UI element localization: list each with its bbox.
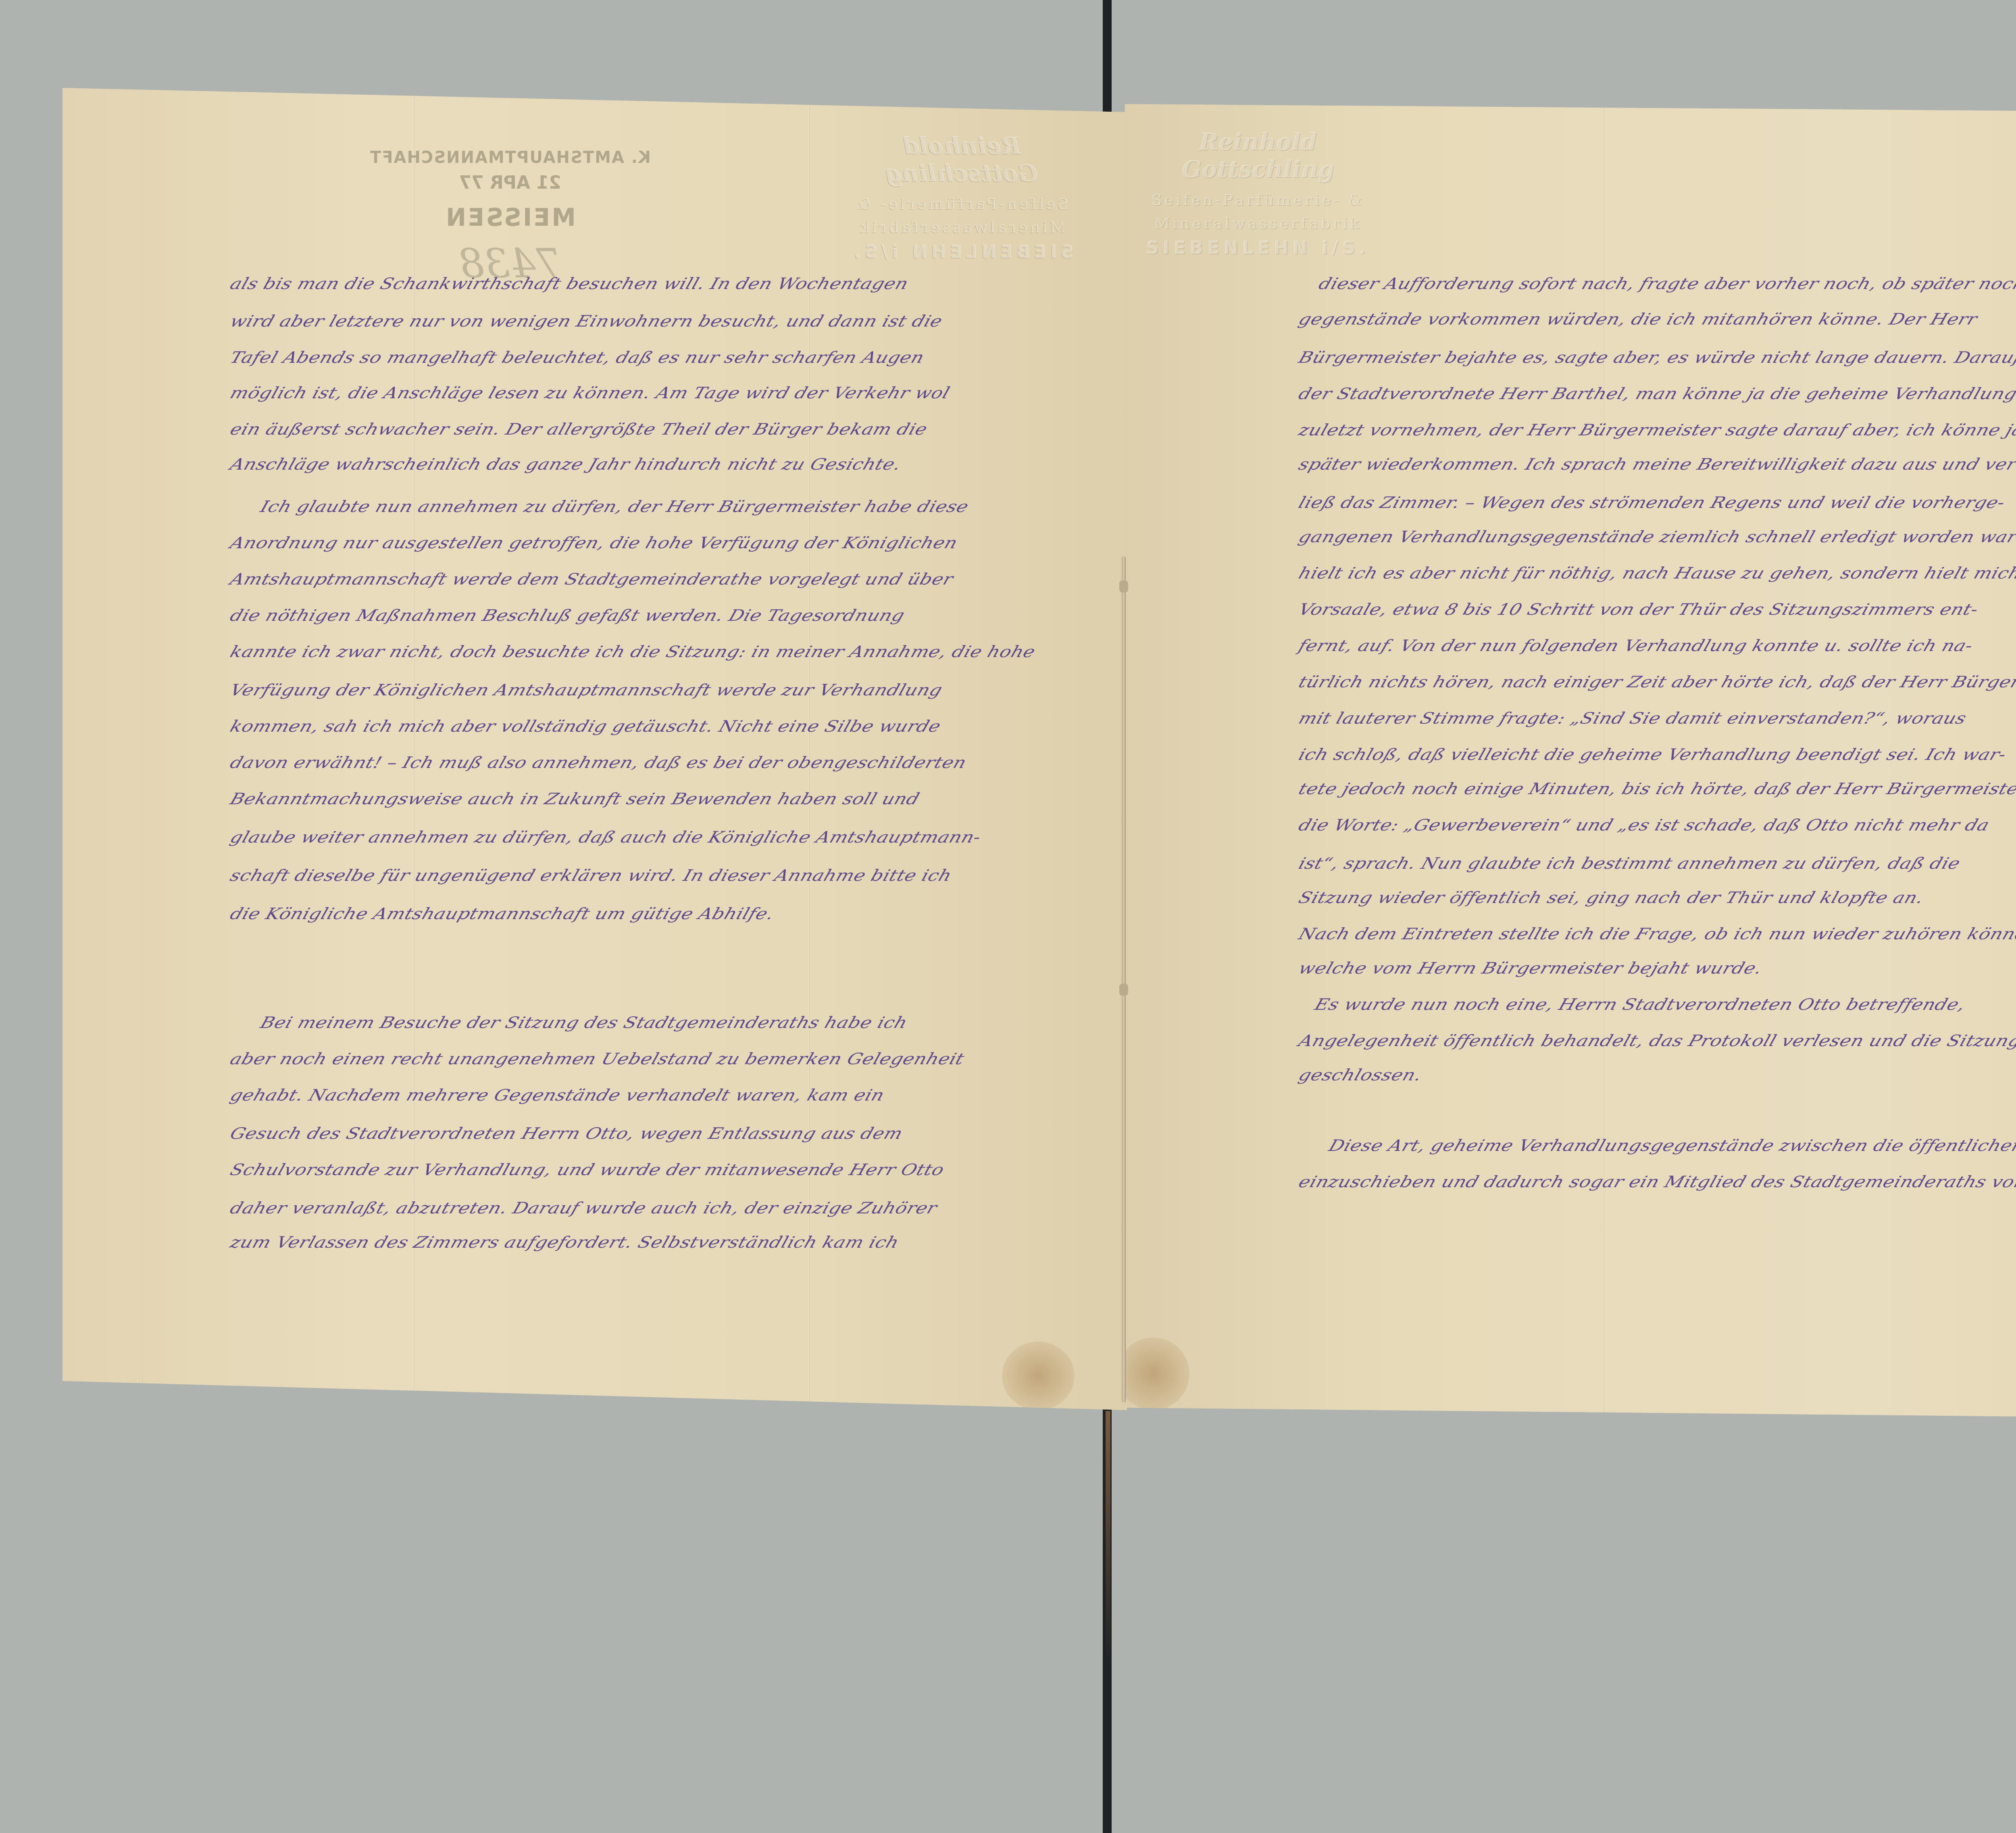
binding-string-tail	[1106, 1411, 1110, 1833]
handwritten-line: gehabt. Nachdem mehrere Gegenstände verh…	[228, 1086, 887, 1104]
handwritten-line: Schulvorstande zur Verhandlung, und wurd…	[228, 1160, 947, 1179]
handwritten-line: kannte ich zwar nicht, doch besuchte ich…	[228, 642, 1038, 661]
handwritten-line: ließ das Zimmer. – Wegen des strömenden …	[1296, 493, 2008, 512]
handwritten-line: wird aber letztere nur von wenigen Einwo…	[228, 312, 945, 330]
water-stain	[1117, 1338, 1189, 1410]
handwritten-line: glaube weiter annehmen zu dürfen, daß au…	[228, 828, 983, 846]
handwritten-line: Angelegenheit öffentlich behandelt, das …	[1296, 1031, 2016, 1050]
handwritten-line: daher veranlaßt, abzutreten. Darauf wurd…	[228, 1198, 939, 1217]
handwritten-line: dieser Aufforderung sofort nach, fragte …	[1316, 274, 2016, 293]
handwritten-line: aber noch einen recht unangenehmen Uebel…	[228, 1049, 967, 1068]
handwritten-line: Bei meinem Besuche der Sitzung des Stadt…	[258, 1013, 910, 1032]
handwritten-line: ich schloß, daß vielleicht die geheime V…	[1296, 745, 2009, 764]
handwritten-line: einzuschieben und dadurch sogar ein Mitg…	[1296, 1172, 2016, 1191]
handwritten-line: ist“, sprach. Nun glaubte ich bestimmt a…	[1296, 854, 1963, 872]
handwritten-line: Nach dem Eintreten stellte ich die Frage…	[1296, 924, 2016, 943]
handwritten-line: Sitzung wieder öffentlich sei, ging nach…	[1296, 888, 1926, 907]
binding-thread	[1122, 556, 1126, 1403]
handwritten-line: der Stadtverordnete Herr Barthel, man kö…	[1296, 384, 2016, 403]
handwritten-line: fernt, auf. Von der nun folgenden Verhan…	[1296, 636, 1975, 655]
handwritten-line: zum Verlassen des Zimmers aufgefordert. …	[228, 1233, 902, 1251]
paper-fold-line	[141, 88, 142, 1410]
binding-knot	[1119, 984, 1128, 996]
handwritten-line: gangenen Verhandlungsgegenstände ziemlic…	[1296, 527, 2016, 546]
binding-knot	[1119, 580, 1128, 593]
handwritten-line: hielt ich es aber nicht für nöthig, nach…	[1296, 564, 2016, 582]
handwritten-line: möglich ist, die Anschläge lesen zu könn…	[228, 383, 952, 402]
handwritten-line: Es wurde nun noch eine, Herrn Stadtveror…	[1312, 995, 1968, 1013]
letterhead-emboss-left: Reinhold Gottschling Seifen-Parfümerie- …	[829, 132, 1095, 262]
handwritten-line: gegenstände vorkommen würden, die ich mi…	[1296, 310, 1980, 328]
handwritten-line: Verfügung der Königlichen Amtshauptmanns…	[228, 680, 945, 699]
handwritten-line: türlich nichts hören, nach einiger Zeit …	[1296, 672, 2016, 691]
handwritten-line: ein äußerst schwacher sein. Der allergrö…	[228, 420, 930, 438]
handwritten-line: Vorsaale, etwa 8 bis 10 Schritt von der …	[1296, 600, 1981, 618]
handwritten-line: später wiederkommen. Ich sprach meine Be…	[1296, 455, 2016, 473]
handwritten-line: zuletzt vornehmen, der Herr Bürgermeiste…	[1296, 420, 2016, 439]
handwritten-line: schaft dieselbe für ungenügend erklären …	[228, 866, 954, 884]
water-stain	[1002, 1342, 1075, 1410]
handwritten-line: Anordnung nur ausgestellen getroffen, di…	[228, 533, 960, 552]
handwritten-line: Gesuch des Stadtverordneten Herrn Otto, …	[228, 1124, 905, 1142]
handwritten-line: Ich glaubte nun annehmen zu dürfen, der …	[258, 497, 971, 516]
handwritten-line: mit lauterer Stimme fragte: „Sind Sie da…	[1296, 709, 1969, 727]
office-receipt-stamp-bleedthrough: K. AMTSHAUPTMANNSCHAFT 21 APR 77 MEISSEN…	[353, 148, 667, 287]
handwritten-line: die Worte: „Gewerbeverein“ und „es ist s…	[1296, 816, 1992, 834]
handwritten-line: geschlossen.	[1296, 1065, 1425, 1084]
handwritten-line: Bekanntmachungsweise auch in Zukunft sei…	[228, 789, 922, 808]
handwritten-line: davon erwähnt! – Ich muß also annehmen, …	[228, 753, 969, 772]
letterhead-emboss-right: Reinhold Gottschling Seifen-Parfümerie- …	[1133, 128, 1383, 258]
handwritten-line: Amtshauptmannschaft werde dem Stadtgemei…	[228, 570, 956, 588]
handwritten-line: als bis man die Schankwirthschaft besuch…	[228, 274, 911, 293]
handwritten-line: kommen, sah ich mich aber vollständig ge…	[228, 717, 943, 735]
handwritten-line: tete jedoch noch einige Minuten, bis ich…	[1296, 779, 2016, 798]
handwritten-line: die nöthigen Maßnahmen Beschluß gefaßt w…	[228, 606, 907, 624]
handwritten-line: Anschläge wahrscheinlich das ganze Jahr …	[228, 455, 904, 473]
handwritten-line: Bürgermeister bejahte es, sagte aber, es…	[1296, 348, 2016, 366]
handwritten-line: die Königliche Amtshauptmannschaft um gü…	[228, 904, 777, 923]
handwritten-line: Diese Art, geheime Verhandlungsgegenstän…	[1327, 1136, 2016, 1155]
handwritten-line: welche vom Herrn Bürgermeister bejaht wu…	[1296, 959, 1765, 977]
handwritten-line: Tafel Abends so mangelhaft beleuchtet, d…	[228, 348, 927, 366]
